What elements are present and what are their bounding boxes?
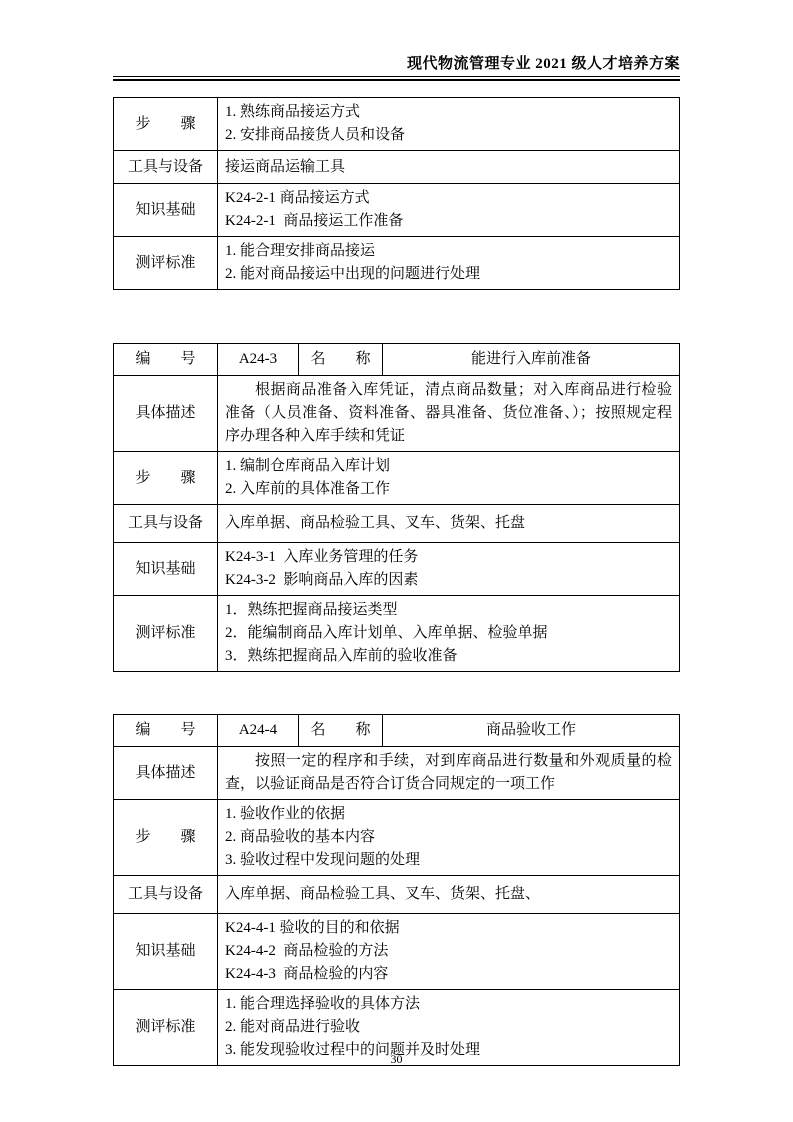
table-row: 知识基础K24-3-1 入库业务管理的任务K24-3-2 影响商品入库的因素 (114, 543, 680, 596)
task-code-cell: A24-4 (218, 715, 299, 747)
table-row: 具体描述按照一定的程序和手续，对到库商品进行数量和外观质量的检查，以验证商品是否… (114, 747, 680, 800)
row-content-cell: K24-3-1 入库业务管理的任务K24-3-2 影响商品入库的因素 (218, 543, 680, 596)
content-line: K24-2-1 商品接运工作准备 (225, 210, 672, 233)
content-line: 3．熟练把握商品入库前的验收准备 (225, 645, 672, 668)
content-line: K24-4-2 商品检验的方法 (225, 940, 672, 963)
content-line: 1. 能合理安排商品接运 (225, 240, 672, 263)
row-content-cell: 1. 能合理安排商品接运2. 能对商品接运中出现的问题进行处理 (218, 237, 680, 290)
row-label-cell: 具体描述 (114, 376, 218, 452)
row-content-cell: 按照一定的程序和手续，对到库商品进行数量和外观质量的检查，以验证商品是否符合订货… (218, 747, 680, 800)
tables-container: 步 骤1. 熟练商品接运方式2. 安排商品接货人员和设备工具与设备接运商品运输工… (113, 97, 680, 1066)
table-row: 工具与设备接运商品运输工具 (114, 151, 680, 184)
row-content-cell: 1．熟练把握商品接运类型2．能编制商品入库计划单、入库单据、检验单据3．熟练把握… (218, 596, 680, 672)
content-line: 入库单据、商品检验工具、叉车、货架、托盘 (225, 512, 672, 535)
task-code-cell: A24-3 (218, 344, 299, 376)
row-label-cell: 具体描述 (114, 747, 218, 800)
content-line: 2. 入库前的具体准备工作 (225, 478, 672, 501)
row-label-cell: 知识基础 (114, 914, 218, 990)
row-label-cell: 工具与设备 (114, 505, 218, 543)
page-header-title: 现代物流管理专业 2021 级人才培养方案 (113, 55, 680, 74)
content-line: 3. 验收过程中发现问题的处理 (225, 849, 672, 872)
content-line: 2. 商品验收的基本内容 (225, 826, 672, 849)
table-row: 知识基础K24-4-1 验收的目的和依据K24-4-2 商品检验的方法K24-4… (114, 914, 680, 990)
task-table-a24-2-continued: 步 骤1. 熟练商品接运方式2. 安排商品接货人员和设备工具与设备接运商品运输工… (113, 97, 680, 290)
table-row: 步 骤1. 熟练商品接运方式2. 安排商品接货人员和设备 (114, 98, 680, 151)
table-row: 测评标准1. 能合理安排商品接运2. 能对商品接运中出现的问题进行处理 (114, 237, 680, 290)
content-line: K24-4-1 验收的目的和依据 (225, 917, 672, 940)
row-label-cell: 编 号 (114, 715, 218, 747)
table-row: 知识基础K24-2-1 商品接运方式K24-2-1 商品接运工作准备 (114, 184, 680, 237)
header-rule (113, 76, 680, 81)
row-content-cell: 入库单据、商品检验工具、叉车、货架、托盘、 (218, 876, 680, 914)
table-row: 具体描述根据商品准备入库凭证，清点商品数量；对入库商品进行检验准备（人员准备、资… (114, 376, 680, 452)
content-line: K24-3-2 影响商品入库的因素 (225, 569, 672, 592)
content-line: 1. 熟练商品接运方式 (225, 101, 672, 124)
row-content-cell: K24-4-1 验收的目的和依据K24-4-2 商品检验的方法K24-4-3 商… (218, 914, 680, 990)
row-content-cell: 1. 熟练商品接运方式2. 安排商品接货人员和设备 (218, 98, 680, 151)
row-label-cell: 编 号 (114, 344, 218, 376)
task-name-cell: 能进行入库前准备 (383, 344, 680, 376)
content-line: 1. 验收作业的依据 (225, 803, 672, 826)
table-row: 编 号A24-3名 称能进行入库前准备 (114, 344, 680, 376)
content-line: 2. 能对商品进行验收 (225, 1016, 672, 1039)
content-line: 1. 编制仓库商品入库计划 (225, 455, 672, 478)
row-label-cell: 步 骤 (114, 800, 218, 876)
table-row: 工具与设备入库单据、商品检验工具、叉车、货架、托盘 (114, 505, 680, 543)
row-content-cell: 接运商品运输工具 (218, 151, 680, 184)
row-label-cell: 知识基础 (114, 543, 218, 596)
task-description: 按照一定的程序和手续，对到库商品进行数量和外观质量的检查，以验证商品是否符合订货… (225, 750, 672, 796)
table-row: 步 骤1. 编制仓库商品入库计划2. 入库前的具体准备工作 (114, 452, 680, 505)
content-line: 1．熟练把握商品接运类型 (225, 599, 672, 622)
content-line: 入库单据、商品检验工具、叉车、货架、托盘、 (225, 883, 672, 906)
content-line: 2. 能对商品接运中出现的问题进行处理 (225, 263, 672, 286)
table-row: 编 号A24-4名 称商品验收工作 (114, 715, 680, 747)
row-content-cell: 1. 验收作业的依据2. 商品验收的基本内容3. 验收过程中发现问题的处理 (218, 800, 680, 876)
table-row: 测评标准1．熟练把握商品接运类型2．能编制商品入库计划单、入库单据、检验单据3．… (114, 596, 680, 672)
table-row: 工具与设备入库单据、商品检验工具、叉车、货架、托盘、 (114, 876, 680, 914)
row-label-cell: 测评标准 (114, 237, 218, 290)
row-content-cell: 根据商品准备入库凭证，清点商品数量；对入库商品进行检验准备（人员准备、资料准备、… (218, 376, 680, 452)
content-line: 2．能编制商品入库计划单、入库单据、检验单据 (225, 622, 672, 645)
row-label-cell: 步 骤 (114, 98, 218, 151)
document-page: 现代物流管理专业 2021 级人才培养方案 步 骤1. 熟练商品接运方式2. 安… (0, 0, 793, 1122)
content-line: 1. 能合理选择验收的具体方法 (225, 993, 672, 1016)
name-label-cell: 名 称 (299, 344, 383, 376)
row-label-cell: 工具与设备 (114, 151, 218, 184)
row-label-cell: 知识基础 (114, 184, 218, 237)
task-name-cell: 商品验收工作 (383, 715, 680, 747)
row-label-cell: 步 骤 (114, 452, 218, 505)
content-line: 接运商品运输工具 (225, 156, 672, 179)
content-line: 2. 安排商品接货人员和设备 (225, 124, 672, 147)
content-line: K24-4-3 商品检验的内容 (225, 963, 672, 986)
row-content-cell: K24-2-1 商品接运方式K24-2-1 商品接运工作准备 (218, 184, 680, 237)
row-content-cell: 1. 编制仓库商品入库计划2. 入库前的具体准备工作 (218, 452, 680, 505)
task-table-a24-3: 编 号A24-3名 称能进行入库前准备具体描述根据商品准备入库凭证，清点商品数量… (113, 343, 680, 672)
task-description: 根据商品准备入库凭证，清点商品数量；对入库商品进行检验准备（人员准备、资料准备、… (225, 379, 672, 448)
page-number: 30 (0, 1052, 793, 1067)
content-line: K24-3-1 入库业务管理的任务 (225, 546, 672, 569)
page-content: 现代物流管理专业 2021 级人才培养方案 步 骤1. 熟练商品接运方式2. 安… (113, 0, 680, 1066)
row-content-cell: 入库单据、商品检验工具、叉车、货架、托盘 (218, 505, 680, 543)
row-label-cell: 工具与设备 (114, 876, 218, 914)
row-label-cell: 测评标准 (114, 596, 218, 672)
table-row: 步 骤1. 验收作业的依据2. 商品验收的基本内容3. 验收过程中发现问题的处理 (114, 800, 680, 876)
name-label-cell: 名 称 (299, 715, 383, 747)
content-line: K24-2-1 商品接运方式 (225, 187, 672, 210)
task-table-a24-4: 编 号A24-4名 称商品验收工作具体描述按照一定的程序和手续，对到库商品进行数… (113, 714, 680, 1066)
